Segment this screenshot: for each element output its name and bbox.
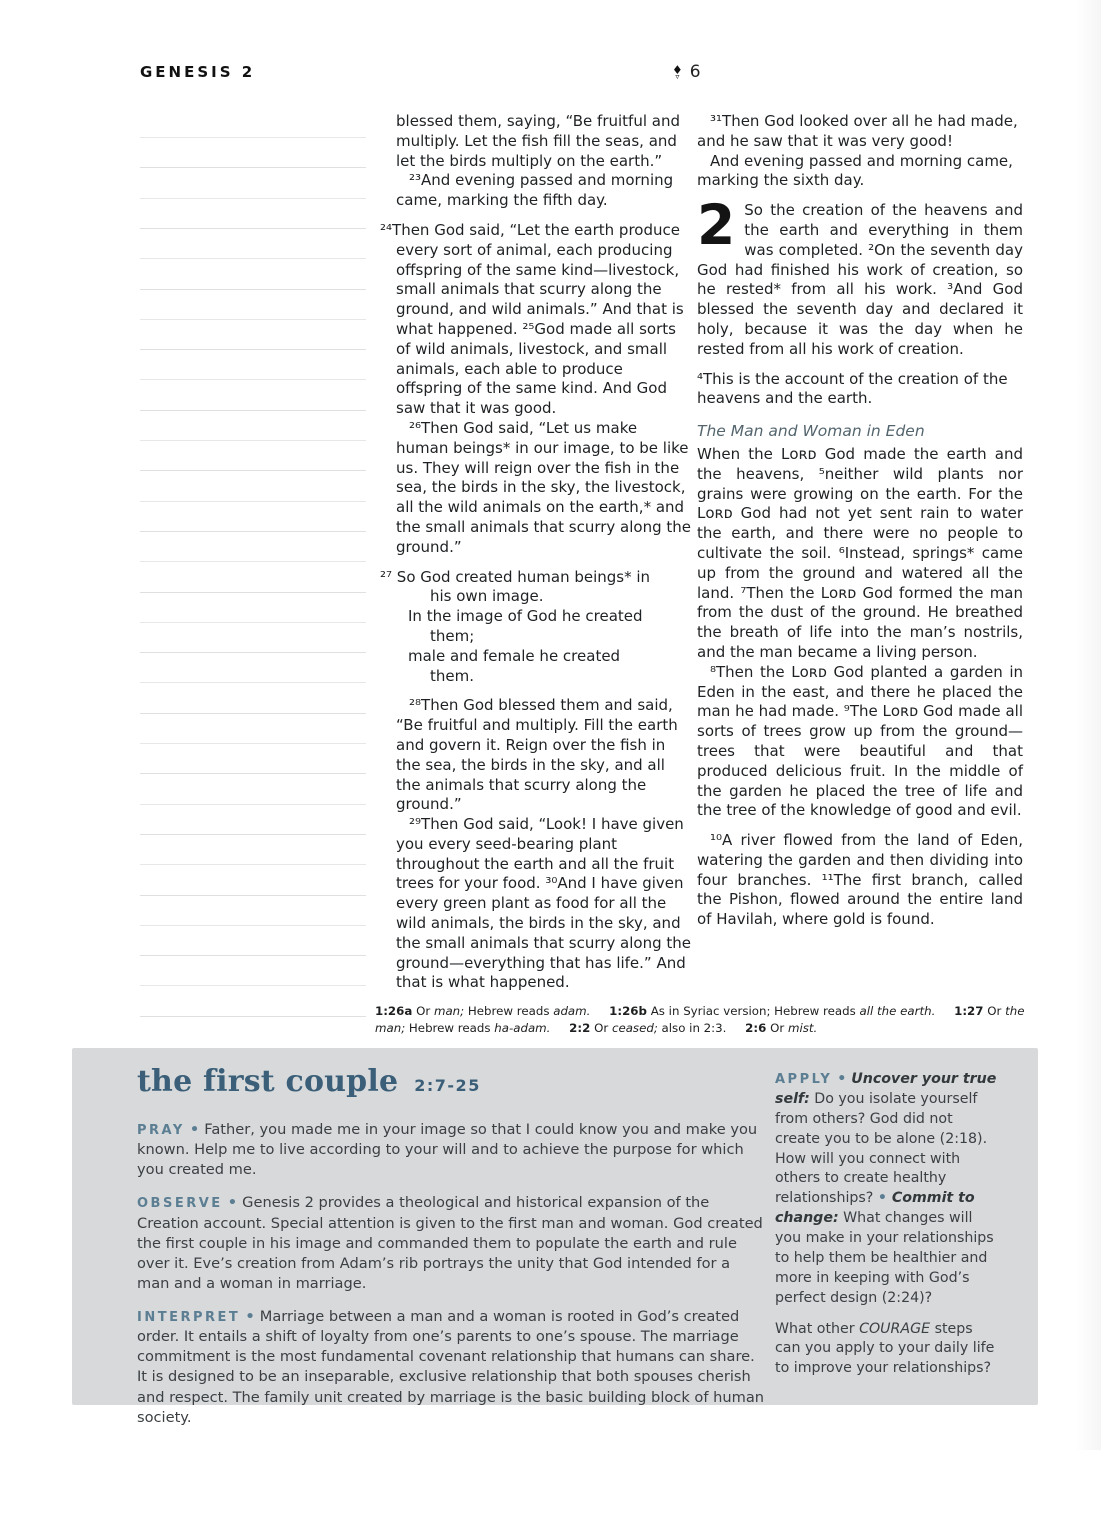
study-section-text: Father, you made me in your image so tha…: [137, 1121, 757, 1178]
apply-text-segment: •: [878, 1190, 892, 1206]
apply-section: APPLY • Uncover your true self: Do you i…: [775, 1070, 997, 1309]
scripture-column-right: ³¹Then God looked over all he had made, …: [697, 112, 1023, 930]
study-section: INTERPRET • Marriage between a man and a…: [137, 1307, 765, 1428]
journal-rule-line: [140, 531, 366, 532]
study-note-box: the first couple 2:7-25 PRAY • Father, y…: [72, 1048, 1038, 1405]
study-section-label: OBSERVE: [137, 1196, 223, 1211]
footnote-text: adam.: [553, 1004, 590, 1018]
verse-paragraph: And evening passed and morning came, mar…: [697, 152, 1023, 192]
verse-paragraph: blessed them, saying, “Be fruitful and m…: [396, 112, 693, 171]
scripture-column-left: blessed them, saying, “Be fruitful and m…: [380, 112, 693, 993]
study-section: PRAY • Father, you made me in your image…: [137, 1120, 765, 1180]
translation-footnotes: 1:26a Or man; Hebrew reads adam. 1:26b A…: [375, 1003, 1025, 1037]
verse-paragraph: ²⁴Then God said, “Let the earth produce …: [396, 221, 693, 419]
verse-paragraph: ²⁹Then God said, “Look! I have given you…: [396, 815, 693, 993]
study-title: the first couple: [137, 1064, 398, 1099]
poetry-line: In the image of God he created: [408, 607, 693, 627]
footnote-text: man;: [434, 1004, 464, 1018]
book-title: GENESIS 2: [140, 63, 255, 81]
study-left-column: PRAY • Father, you made me in your image…: [137, 1120, 765, 1441]
footnote-item: 2:6 Or mist.: [730, 1021, 817, 1035]
chapter-paragraph: 2So the creation of the heavens and the …: [697, 201, 1023, 359]
journal-rule-line: [140, 470, 366, 471]
apply-text-segment: Do you isolate yourself from others? God…: [775, 1091, 987, 1206]
footnote-text: Or: [594, 1021, 612, 1035]
footnote-reference: 1:26b: [609, 1004, 647, 1018]
footnote-text: As in Syriac version; Hebrew reads: [651, 1004, 860, 1018]
journal-rule-line: [140, 561, 366, 562]
journal-rule-line: [140, 228, 366, 229]
footnote-text: mist.: [788, 1021, 817, 1035]
verse-paragraph: ¹⁰A river flowed from the land of Eden, …: [697, 831, 1023, 930]
study-section: OBSERVE • Genesis 2 provides a theologic…: [137, 1193, 765, 1294]
journal-rule-line: [140, 167, 366, 168]
page-number-group: ♦ ▿ 6: [672, 62, 701, 82]
study-right-column: APPLY • Uncover your true self: Do you i…: [775, 1070, 997, 1390]
journal-rule-line: [140, 289, 366, 290]
poetry-line: them.: [430, 667, 693, 687]
poetry-line: them;: [430, 627, 693, 647]
footnote-reference: 1:26a: [375, 1004, 412, 1018]
footnote-text: Hebrew reads: [405, 1021, 494, 1035]
study-reference: 2:7-25: [414, 1076, 481, 1095]
page-edge-shading: [1075, 0, 1101, 1450]
poetry-line: his own image.: [430, 587, 693, 607]
journal-rule-line: [140, 258, 366, 259]
study-section-label: PRAY: [137, 1123, 185, 1138]
footnote-reference: 2:2: [569, 1021, 590, 1035]
footnote-item: 1:26a Or man; Hebrew reads adam.: [375, 1004, 590, 1018]
footnote-text: Or: [416, 1004, 434, 1018]
bullet-separator: •: [223, 1194, 243, 1211]
journal-rule-line: [140, 743, 366, 744]
poetry-line: male and female he created: [408, 647, 693, 667]
journal-rule-line: [140, 592, 366, 593]
journal-rule-line: [140, 319, 366, 320]
closing-question: What other COURAGE steps can you apply t…: [775, 1320, 997, 1380]
poetry-line: ²⁷ So God created human beings* in: [380, 568, 693, 588]
footnote-reference: 2:6: [745, 1021, 766, 1035]
verse-paragraph: ²³And evening passed and morning came, m…: [396, 171, 693, 211]
running-head: GENESIS 2 ♦ ▿ 6: [140, 62, 1021, 86]
journal-rule-line: [140, 410, 366, 411]
journal-rule-line: [140, 985, 366, 986]
footnote-text: ceased;: [612, 1021, 658, 1035]
footnote-text: Hebrew reads: [464, 1004, 553, 1018]
footnote-text: all the earth.: [860, 1004, 936, 1018]
closing-question-segment: COURAGE: [859, 1321, 930, 1337]
journal-rule-line: [140, 773, 366, 774]
footnote-item: 1:26b As in Syriac version; Hebrew reads…: [594, 1004, 935, 1018]
journal-rule-line: [140, 864, 366, 865]
journal-margin-lines: [140, 137, 366, 1037]
footnote-text: Or: [987, 1004, 1005, 1018]
study-section-label: APPLY: [775, 1072, 832, 1087]
journal-rule-line: [140, 652, 366, 653]
footnote-text: also in 2:3.: [658, 1021, 727, 1035]
bullet-separator: •: [240, 1308, 260, 1325]
study-title-row: the first couple 2:7-25: [137, 1064, 481, 1099]
bullet-separator: •: [185, 1121, 205, 1138]
verse-paragraph: ⁸Then the Lᴏʀᴅ God planted a garden in E…: [697, 663, 1023, 821]
journal-rule-line: [140, 895, 366, 896]
journal-rule-line: [140, 379, 366, 380]
verse-paragraph: When the Lᴏʀᴅ God made the earth and the…: [697, 445, 1023, 663]
section-heading: The Man and Woman in Eden: [697, 422, 1023, 442]
verse-paragraph: ⁴This is the account of the creation of …: [697, 370, 1023, 410]
footnote-text: Or: [770, 1021, 788, 1035]
journal-rule-line: [140, 713, 366, 714]
page-number: 6: [690, 62, 701, 82]
bullet-separator: •: [832, 1071, 851, 1087]
journal-rule-line: [140, 137, 366, 138]
verse-paragraph: ²⁶Then God said, “Let us make human bein…: [396, 419, 693, 558]
verse-paragraph: ²⁸Then God blessed them and said, “Be fr…: [396, 696, 693, 815]
diamond-ornament-icon: ♦ ▿: [672, 64, 683, 81]
footnote-reference: 1:27: [954, 1004, 983, 1018]
journal-rule-line: [140, 501, 366, 502]
footnote-text: ha-adam.: [494, 1021, 550, 1035]
journal-rule-line: [140, 440, 366, 441]
study-section-label: INTERPRET: [137, 1310, 240, 1325]
journal-rule-line: [140, 955, 366, 956]
journal-rule-line: [140, 349, 366, 350]
footnote-item: 2:2 Or ceased; also in 2:3.: [554, 1021, 726, 1035]
journal-rule-line: [140, 925, 366, 926]
poetry-block: ²⁷ So God created human beings* inhis ow…: [396, 568, 693, 687]
study-section-text: Marriage between a man and a woman is ro…: [137, 1308, 764, 1426]
journal-rule-line: [140, 834, 366, 835]
journal-rule-line: [140, 682, 366, 683]
chapter-number: 2: [697, 204, 735, 246]
journal-rule-line: [140, 198, 366, 199]
closing-question-segment: What other: [775, 1321, 859, 1337]
verse-paragraph: ³¹Then God looked over all he had made, …: [697, 112, 1023, 152]
journal-rule-line: [140, 622, 366, 623]
journal-rule-line: [140, 804, 366, 805]
journal-rule-line: [140, 1016, 366, 1017]
